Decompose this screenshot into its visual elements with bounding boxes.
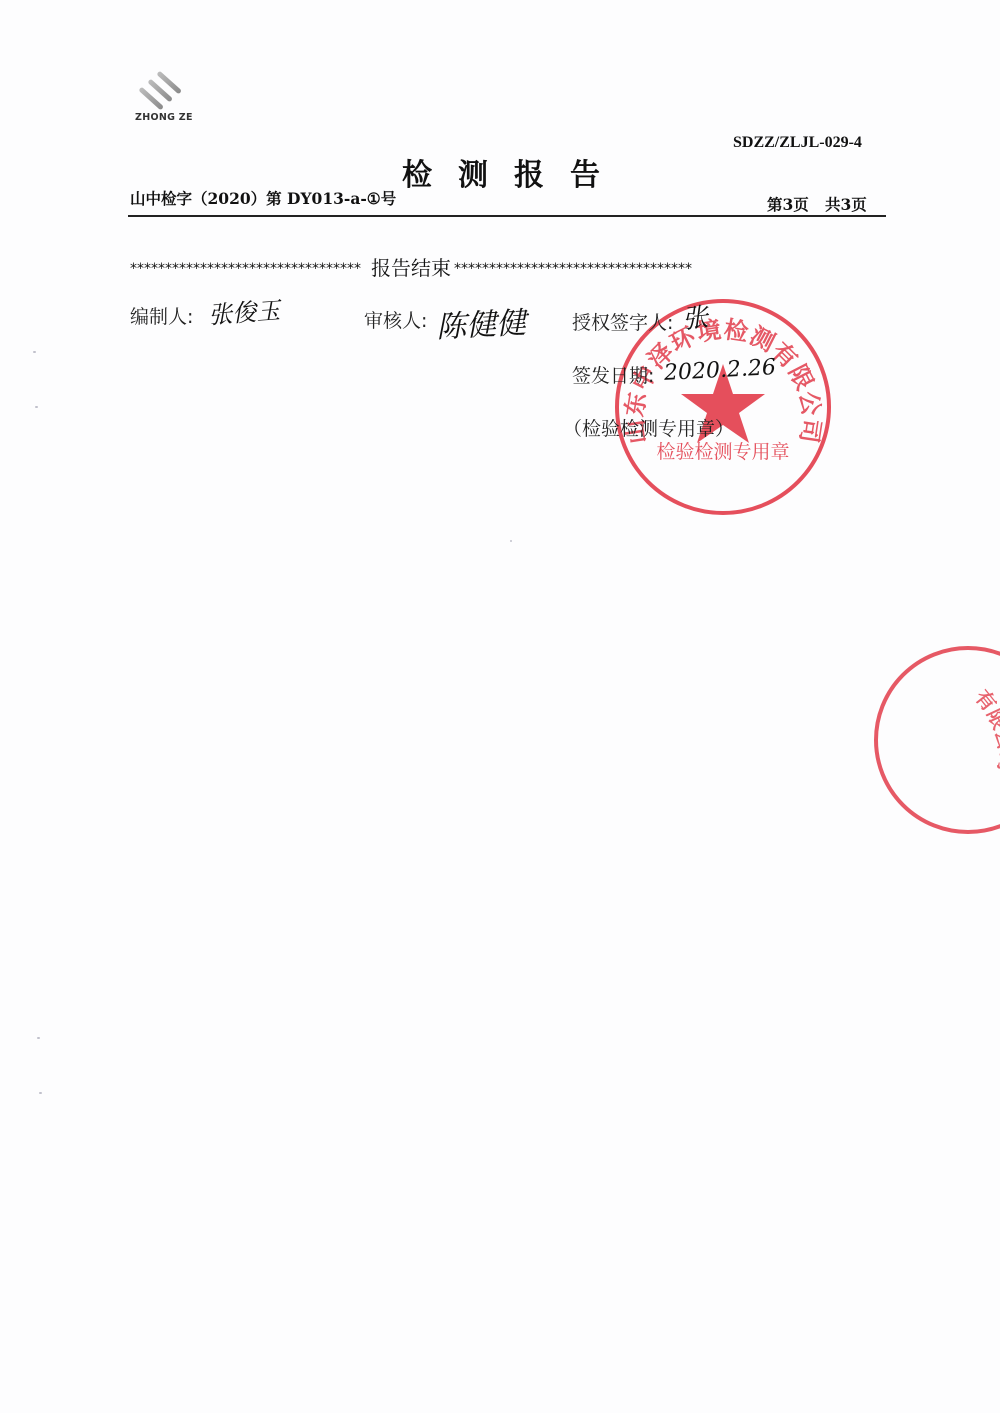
report-end-marker: *********************************报告结束***… <box>130 252 890 281</box>
authorizer-label: 授权签字人: <box>572 308 673 335</box>
scan-speck <box>37 1037 40 1039</box>
compiler-label: 编制人: <box>130 302 193 329</box>
scan-speck <box>33 351 36 353</box>
issue-date-label: 签发日期: <box>572 361 654 388</box>
edge-stamp-text: 有限公司 <box>970 685 1000 771</box>
logo-text: ZHONG ZE <box>135 112 193 123</box>
svg-text:有限公司: 有限公司 <box>970 685 1000 771</box>
edge-seal-stamp: 有限公司 <box>868 640 1000 840</box>
page-title: 检测报告 <box>402 150 626 194</box>
header-divider <box>128 215 886 217</box>
scan-speck <box>35 406 38 408</box>
stamp-purpose: 检验检测专用章 <box>656 441 789 463</box>
compiler-signature: 张俊玉 <box>207 291 281 331</box>
scan-speck <box>510 540 512 542</box>
report-end-text: 报告结束 <box>371 256 451 280</box>
seal-note: （检验检测专用章） <box>563 414 734 441</box>
document-code: SDZZ/ZLJL-029-4 <box>733 134 862 152</box>
scan-speck <box>39 1092 42 1094</box>
company-logo: ZHONG ZE <box>128 68 198 128</box>
report-number: 山中检字（2020）第 DY013-a-①号 <box>130 187 396 209</box>
authorizer-signature: 张 <box>680 297 710 337</box>
stars-right: ********************************** <box>454 261 692 277</box>
page-indicator: 第3页 共3页 <box>767 193 867 215</box>
stars-left: ********************************* <box>130 261 361 277</box>
reviewer-signature: 陈健健 <box>435 298 527 347</box>
reviewer-label: 审核人: <box>364 306 427 333</box>
logo-stripes-icon <box>140 68 186 112</box>
